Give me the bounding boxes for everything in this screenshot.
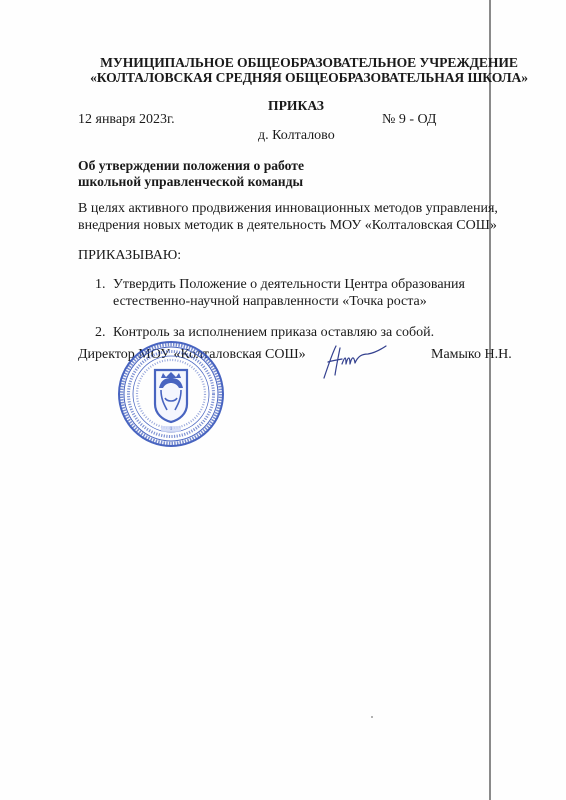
order-number: № 9 - ОД	[382, 112, 436, 128]
order-subject: Об утверждении положения о работе школьн…	[78, 158, 304, 190]
item-line1: Контроль за исполнением приказа оставляю…	[113, 324, 465, 341]
institution-name-line1: МУНИЦИПАЛЬНОЕ ОБЩЕОБРАЗОВАТЕЛЬНОЕ УЧРЕЖД…	[26, 55, 566, 71]
order-item: 2. Контроль за исполнением приказа остав…	[95, 324, 465, 341]
order-preamble: В целях активного продвижения инновацион…	[78, 200, 498, 234]
item-number: 2.	[95, 324, 106, 341]
handwritten-signature-icon	[318, 342, 388, 382]
order-directive: ПРИКАЗЫВАЮ:	[78, 248, 181, 264]
order-items-list: 1. Утвердить Положение о деятельности Це…	[95, 276, 465, 341]
document-page: МУНИЦИПАЛЬНОЕ ОБЩЕОБРАЗОВАТЕЛЬНОЕ УЧРЕЖД…	[0, 0, 566, 800]
order-item: 1. Утвердить Положение о деятельности Це…	[95, 276, 465, 310]
item-line2: естественно-научной направленности «Точк…	[113, 293, 465, 310]
preamble-line2: внедрения новых методик в деятельность М…	[78, 217, 498, 234]
item-number: 1.	[95, 276, 106, 293]
scan-speck	[371, 716, 373, 718]
preamble-line1: В целях активного продвижения инновацион…	[78, 200, 498, 217]
scan-edge-line	[489, 0, 491, 800]
subject-line2: школьной управленческой команды	[78, 174, 304, 190]
order-date: 12 января 2023г.	[78, 112, 175, 128]
subject-line1: Об утверждении положения о работе	[78, 158, 304, 174]
signatory-name: Мамыко Н.Н.	[431, 347, 512, 363]
order-place: д. Колталово	[258, 128, 335, 144]
item-line1: Утвердить Положение о деятельности Центр…	[113, 276, 465, 293]
institution-name-line2: «КОЛТАЛОВСКАЯ СРЕДНЯЯ ОБЩЕОБРАЗОВАТЕЛЬНА…	[26, 70, 566, 86]
official-seal-icon: 1	[117, 340, 225, 448]
